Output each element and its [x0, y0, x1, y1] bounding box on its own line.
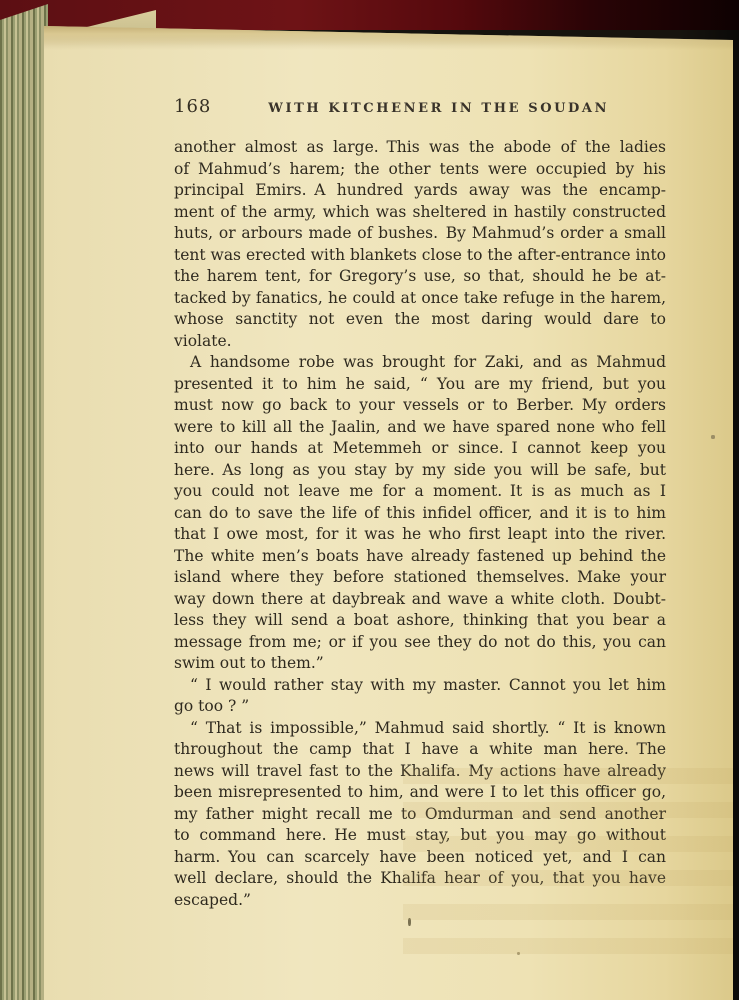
paragraph: “ That is impossible,” Mahmud said short…: [174, 718, 666, 912]
text-line: of Mahmud’s harem; the other tents were …: [174, 159, 666, 181]
text-line: message from me; or if you see they do n…: [174, 632, 666, 654]
ink-speck: [408, 918, 411, 926]
text-line: well declare, should the Khalifa hear of…: [174, 868, 666, 890]
text-line: harm. You can scarcely have been noticed…: [174, 847, 666, 869]
text-line: my father might recall me to Omdurman an…: [174, 804, 666, 826]
text-line: go too ? ”: [174, 696, 666, 718]
ink-speck: [517, 952, 520, 955]
text-line: you could not leave me for a moment. It …: [174, 481, 666, 503]
text-line: island where they before stationed thems…: [174, 567, 666, 589]
paragraph: “ I would rather stay with my master. Ca…: [174, 675, 666, 718]
page-number: 168: [174, 96, 211, 117]
text-line: that I owe most, for it was he who first…: [174, 524, 666, 546]
text-line: tacked by fanatics, he could at once tak…: [174, 288, 666, 310]
text-line: were to kill all the Jaalin, and we have…: [174, 417, 666, 439]
text-line: A handsome robe was brought for Zaki, an…: [174, 352, 666, 374]
page-header: 168 WITH KITCHENER IN THE SOUDAN: [174, 96, 666, 117]
text-line: The white men’s boats have already faste…: [174, 546, 666, 568]
paragraph: A handsome robe was brought for Zaki, an…: [174, 352, 666, 675]
text-line: ment of the army, which was sheltered in…: [174, 202, 666, 224]
text-line: into our hands at Metemmeh or since. I c…: [174, 438, 666, 460]
text-line: less they will send a boat ashore, think…: [174, 610, 666, 632]
ink-speck: [711, 435, 715, 439]
page-text-block: another almost as large. This was the ab…: [174, 137, 666, 911]
text-line: whose sanctity not even the most daring …: [174, 309, 666, 331]
text-line: escaped.”: [174, 890, 666, 912]
paragraph: another almost as large. This was the ab…: [174, 137, 666, 352]
text-line: “ That is impossible,” Mahmud said short…: [174, 718, 666, 740]
text-line: can do to save the life of this infidel …: [174, 503, 666, 525]
text-line: violate.: [174, 331, 666, 353]
text-line: the harem tent, for Gregory’s use, so th…: [174, 266, 666, 288]
text-line: must now go back to your vessels or to B…: [174, 395, 666, 417]
text-line: way down there at daybreak and wave a wh…: [174, 589, 666, 611]
book-page: 168 WITH KITCHENER IN THE SOUDAN another…: [44, 24, 733, 1000]
text-line: swim out to them.”: [174, 653, 666, 675]
text-line: throughout the camp that I have a white …: [174, 739, 666, 761]
text-line: to command here. He must stay, but you m…: [174, 825, 666, 847]
text-line: presented it to him he said, “ You are m…: [174, 374, 666, 396]
text-line: news will travel fast to the Khalifa. My…: [174, 761, 666, 783]
text-line: “ I would rather stay with my master. Ca…: [174, 675, 666, 697]
text-line: here. As long as you stay by my side you…: [174, 460, 666, 482]
running-header: WITH KITCHENER IN THE SOUDAN: [211, 101, 666, 116]
page-edges-stack: [0, 4, 48, 1000]
text-line: tent was erected with blankets close to …: [174, 245, 666, 267]
book-scan-photo: 168 WITH KITCHENER IN THE SOUDAN another…: [0, 0, 739, 1000]
text-line: been misrepresented to him, and were I t…: [174, 782, 666, 804]
text-line: another almost as large. This was the ab…: [174, 137, 666, 159]
text-line: huts, or arbours made of bushes. By Mahm…: [174, 223, 666, 245]
text-line: principal Emirs. A hundred yards away wa…: [174, 180, 666, 202]
